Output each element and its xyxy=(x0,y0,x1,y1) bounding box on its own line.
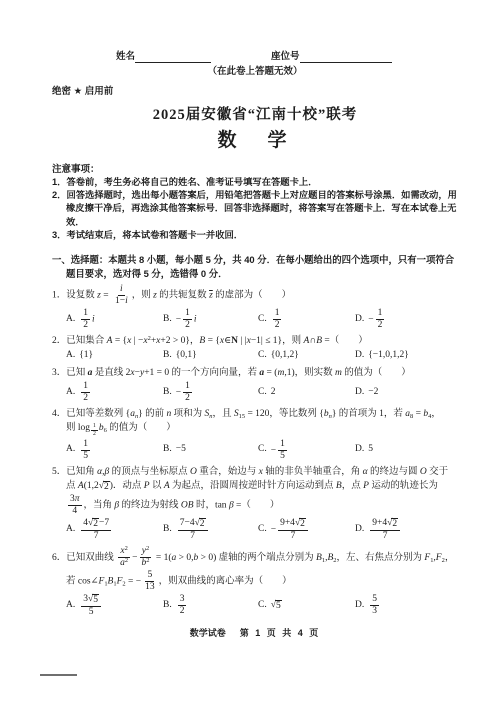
fraction: 3π4 xyxy=(68,494,82,517)
option-label: D. xyxy=(355,523,364,536)
text-segment: 1 xyxy=(275,308,280,318)
text-segment: 4．已知等差数列 { xyxy=(52,409,130,419)
superscript: 2 xyxy=(146,545,149,552)
fraction-numerator: 1 xyxy=(278,439,287,451)
text-segment: } 的首项为 1，若 xyxy=(332,409,405,419)
fraction-denominator: 3 xyxy=(370,606,379,617)
text-segment: 2 xyxy=(104,482,109,492)
radicand: 2 xyxy=(391,518,398,530)
fraction: 12 xyxy=(183,381,192,404)
math-variable: i xyxy=(125,296,128,306)
superscript: 2 xyxy=(125,557,128,564)
text-segment: 7 xyxy=(291,531,296,541)
option-value: −12i xyxy=(176,308,197,331)
option-value: 12 xyxy=(79,381,92,404)
text-segment: − xyxy=(132,553,137,563)
text-segment: 是直线 2 xyxy=(92,368,130,378)
math-variable: i xyxy=(120,284,123,294)
option-value: 4√2−77 xyxy=(79,518,113,542)
text-segment: 的终边为射线 xyxy=(119,501,181,511)
text-segment: = 120，等比数列 { xyxy=(245,409,324,419)
fraction: 513 xyxy=(143,570,157,593)
fraction: 9+4√27 xyxy=(370,518,400,542)
text-segment: 点 xyxy=(66,481,78,491)
option-value: −12 xyxy=(368,308,386,331)
fraction: 4√2−77 xyxy=(81,518,111,542)
option-item: A.15 xyxy=(66,439,163,462)
option-item: C.2 xyxy=(258,386,355,399)
text-segment: 5 xyxy=(83,451,88,461)
text-segment: 5 xyxy=(147,570,152,580)
text-segment: | | xyxy=(238,336,247,346)
option-value: −5 xyxy=(176,443,186,456)
fraction-numerator: 4√2−7 xyxy=(81,518,111,531)
fraction-numerator: 3π xyxy=(68,494,82,506)
superscript: 2 xyxy=(146,557,149,564)
text-segment: 1．设复数 xyxy=(52,291,97,301)
option-item: D.5 xyxy=(355,443,458,456)
invalid-note: （在此卷上答题无效） xyxy=(52,65,458,78)
math-variable: i xyxy=(194,315,197,325)
option-label: C. xyxy=(258,313,267,326)
text-segment: = { xyxy=(205,336,220,346)
fraction-denominator: 7 xyxy=(289,531,298,542)
fraction-denominator: 7 xyxy=(92,531,101,542)
option-value: −9+4√27 xyxy=(271,518,310,542)
text-segment: 以 xyxy=(150,481,164,491)
text-segment: 运动的轨迹长为 xyxy=(369,481,438,491)
text-segment: 1 xyxy=(185,308,190,318)
text-segment: 重合，始边与 xyxy=(197,467,259,477)
text-segment: 为起点，沿圆周按逆时针方向运动到点 xyxy=(170,481,336,491)
radicand: 2 xyxy=(299,518,306,530)
notice-list: 1．答卷前，考生务必将自己的姓名、准考证号填写在答题卡上．2．回答选择题时，选出… xyxy=(52,176,458,242)
text-segment: = xyxy=(101,291,111,301)
text-segment: 7 xyxy=(383,531,388,541)
text-segment: 的共轭复数 xyxy=(157,291,209,301)
text-segment: 2 xyxy=(392,519,397,529)
superscript: 2 xyxy=(125,545,128,552)
option-item: D.−12 xyxy=(355,308,458,331)
subscript: 12 xyxy=(90,427,99,434)
notice-block: 注意事项： 1．答卷前，考生务必将自己的姓名、准考证号填写在答题卡上．2．回答选… xyxy=(52,163,458,242)
fraction-denominator: 5 xyxy=(87,607,96,618)
fraction-denominator: 2 xyxy=(91,431,98,438)
text-segment: 1− xyxy=(115,296,125,306)
text-segment: > 0, xyxy=(176,553,193,563)
option-item: B.32 xyxy=(163,594,258,617)
text-segment: 6．已知双曲线 xyxy=(52,553,116,563)
question: 5．已知角 α,β 的顶点与坐标原点 O 重合，始边与 x 轴的非负半轴重合，角… xyxy=(52,466,458,542)
text-segment: 5 xyxy=(276,601,281,611)
fraction-denominator: 2 xyxy=(376,320,385,331)
options-row: A.15B.−5C.−15D.5 xyxy=(66,439,458,462)
option-value: 53 xyxy=(368,594,381,617)
square-root: √2 xyxy=(88,518,99,530)
fraction: 9+4√27 xyxy=(278,518,308,542)
radicand: 2 xyxy=(92,518,99,530)
option-label: B. xyxy=(163,523,172,536)
text-segment: 2 xyxy=(93,431,96,437)
fraction-numerator: 3 xyxy=(178,594,187,606)
option-label: D. xyxy=(355,599,364,612)
text-segment: {−1,0,1,2} xyxy=(368,350,409,360)
text-segment: −7 xyxy=(99,518,109,528)
option-value: 12 xyxy=(271,308,284,331)
option-label: C. xyxy=(258,523,267,536)
question-line: 3．已知 a 是直线 2x−y+1 = 0 的一个方向向量，若 a = (m,1… xyxy=(52,367,458,380)
fraction-denominator: 5 xyxy=(278,451,287,462)
section-heading: 一、选择题：本题共 8 小题，每小题 5 分，共 40 分．在每小题给出的四个选… xyxy=(52,253,458,280)
text-segment: )．动点 xyxy=(110,481,144,491)
text-segment: 2 xyxy=(300,519,305,529)
question: 3．已知 a 是直线 2x−y+1 = 0 的一个方向向量，若 a = (m,1… xyxy=(52,367,458,404)
text-segment: ,1)，则实数 xyxy=(284,368,335,378)
text-segment: 2 xyxy=(125,545,128,552)
text-segment: 5 xyxy=(89,607,94,617)
option-value: 15 xyxy=(79,439,92,462)
options-row: A.12B.−12C.2D.−2 xyxy=(66,381,458,404)
fraction-numerator: 1 xyxy=(81,308,90,320)
text-segment: 1 xyxy=(83,381,88,391)
text-segment: 2 xyxy=(275,320,280,330)
text-segment: = 1( xyxy=(153,553,171,563)
fraction-numerator: 5 xyxy=(145,570,154,582)
text-segment: | − xyxy=(131,336,143,346)
question-line: 若 cos∠F1B1F2 = −513，则双曲线的离心率为（ ） xyxy=(52,570,458,593)
radicand: 2 xyxy=(103,481,110,493)
seat-label: 座位号 xyxy=(271,50,300,63)
option-label: B. xyxy=(163,313,172,326)
option-item: C.−9+4√27 xyxy=(258,518,355,542)
fraction-denominator: 4 xyxy=(70,506,79,517)
fraction-numerator: 1 xyxy=(273,308,282,320)
option-value: 3√55 xyxy=(79,594,103,618)
text-segment: 9+4 xyxy=(372,518,387,528)
text-segment: 7 xyxy=(94,531,99,541)
text-segment: 3 xyxy=(180,594,185,604)
fraction: x2a2 xyxy=(118,546,130,569)
subject-title: 数 学 xyxy=(52,128,458,155)
fraction-denominator: 5 xyxy=(81,451,90,462)
question: 2．已知集合 A = {x | −x2+x+2 > 0}，B = {x∈N | … xyxy=(52,335,458,363)
text-segment: 5 xyxy=(372,594,377,604)
fraction: 3√55 xyxy=(81,594,101,618)
text-segment: − xyxy=(271,525,276,535)
square-root: √2 xyxy=(387,518,398,530)
square-root: √5 xyxy=(88,594,99,606)
option-value: −15 xyxy=(271,439,289,462)
text-segment: ，且 xyxy=(212,409,233,419)
fraction-denominator: 2 xyxy=(183,393,192,404)
text-segment: 则 log xyxy=(66,423,90,433)
question-line: 点 A(1,2√2)．动点 P 以 A 为起点，沿圆周按逆时针方向运动到点 B，… xyxy=(52,480,458,493)
seat-blank-line xyxy=(300,52,392,63)
text-segment: 1 xyxy=(185,381,190,391)
option-label: C. xyxy=(258,443,267,456)
fraction-numerator: 1 xyxy=(183,381,192,393)
text-segment: 的终边与圆 xyxy=(368,467,420,477)
text-segment: (1,2 xyxy=(84,481,99,491)
option-item: C.{0,1,2} xyxy=(258,349,355,362)
option-label: A. xyxy=(66,313,75,326)
section-line: 一、选择题：本题共 8 小题，每小题 5 分，共 40 分．在每小题给出的四个选… xyxy=(52,253,458,266)
questions-container: 1．设复数 z = i1−i，则 z 的共轭复数 z 的虚部为（ ）A.12iB… xyxy=(52,284,458,617)
secrecy-note: 绝密 ★ 启用前 xyxy=(52,85,458,98)
text-segment: ，左、右焦点分别为 xyxy=(336,553,424,563)
text-segment: 2．已知集合 xyxy=(52,336,107,346)
text-segment: −1| ≤ 1}，则 xyxy=(251,336,304,346)
fraction-denominator: 2 xyxy=(183,320,192,331)
option-value: 9+4√27 xyxy=(368,518,402,542)
options-row: A.{1}B.{0,1}C.{0,1,2}D.{−1,0,1,2} xyxy=(66,349,458,362)
math-variable: OB xyxy=(181,501,194,511)
option-label: A. xyxy=(66,443,75,456)
question-line: 6．已知双曲线 x2a2−y2b2 = 1(a > 0,b > 0) 虚轴的两个… xyxy=(52,546,458,569)
text-segment: 2 xyxy=(378,320,383,330)
option-item: C.−15 xyxy=(258,439,355,462)
options-row: A.4√2−77B.7−4√27C.−9+4√27D.9+4√27 xyxy=(66,518,458,542)
text-segment: 7 xyxy=(190,531,195,541)
text-segment: 2 xyxy=(180,606,185,616)
text-segment: −5 xyxy=(176,444,186,454)
question: 4．已知等差数列 {an} 的前 n 项和为 Sn，且 S15 = 120，等比… xyxy=(52,408,458,462)
fraction-denominator: b2 xyxy=(139,558,151,569)
text-segment: {0,1} xyxy=(176,350,197,360)
text-segment: 1 xyxy=(280,439,285,449)
exam-paper-page: 姓名 座位号 （在此卷上答题无效） 绝密 ★ 启用前 2025届安徽省“江南十校… xyxy=(0,0,500,708)
option-label: B. xyxy=(163,386,172,399)
text-segment: ，则 xyxy=(132,291,153,301)
option-item: D.{−1,0,1,2} xyxy=(355,349,458,362)
fraction: 32 xyxy=(178,594,187,617)
option-label: B. xyxy=(163,443,172,456)
fraction: 12 xyxy=(273,308,282,331)
fraction: 12 xyxy=(81,381,90,404)
option-value: −12 xyxy=(176,381,194,404)
question-line: 则 log12b6 的值为（ ） xyxy=(52,422,458,438)
fraction-numerator: 7−4√2 xyxy=(178,518,208,531)
text-segment: = − xyxy=(126,577,141,587)
text-segment: 5 xyxy=(280,451,285,461)
name-seat-row: 姓名 座位号 xyxy=(116,50,458,63)
fraction: 15 xyxy=(81,439,90,462)
option-item: A.12i xyxy=(66,308,163,331)
text-segment: 3．已知 xyxy=(52,368,88,378)
question-line: 2．已知集合 A = {x | −x2+x+2 > 0}，B = {x∈N | … xyxy=(52,335,458,348)
radicand: 5 xyxy=(275,600,282,612)
text-segment: 1 xyxy=(83,308,88,318)
fraction-numerator: 1 xyxy=(81,381,90,393)
fraction: 7−4√27 xyxy=(178,518,208,542)
fraction-denominator: 2 xyxy=(81,320,90,331)
fraction-numerator: 1 xyxy=(376,308,385,320)
fraction-denominator: 7 xyxy=(188,531,197,542)
text-segment: 1 xyxy=(83,439,88,449)
fraction-numerator: 9+4√2 xyxy=(278,518,308,531)
fraction-numerator: i xyxy=(118,284,125,296)
text-segment: −2 xyxy=(368,387,378,397)
option-value: √5 xyxy=(271,599,282,612)
option-value: {0,1,2} xyxy=(271,349,299,362)
text-segment: 2 xyxy=(185,393,190,403)
fraction-numerator: 1 xyxy=(91,423,98,431)
option-item: D.9+4√27 xyxy=(355,518,458,542)
option-item: B.{0,1} xyxy=(163,349,258,362)
option-item: B.−5 xyxy=(163,443,258,456)
text-segment: ，则双曲线的离心率为（ ） xyxy=(159,577,292,587)
fraction-denominator: a2 xyxy=(118,558,130,569)
option-item: D.53 xyxy=(355,594,458,617)
option-label: B. xyxy=(163,349,172,362)
option-label: D. xyxy=(355,386,364,399)
notice-item: 3．考试结束后，将本试卷和答题卡一并收回． xyxy=(52,229,458,242)
fraction-denominator: 2 xyxy=(81,393,90,404)
fraction: 12 xyxy=(376,308,385,331)
text-segment: = ( xyxy=(264,368,277,378)
option-label: A. xyxy=(66,386,75,399)
text-segment: 轴的非负半轴重合，角 xyxy=(263,467,363,477)
text-segment: 若 cos∠ xyxy=(66,577,99,587)
fraction: 53 xyxy=(370,594,379,617)
option-value: {−1,0,1,2} xyxy=(368,349,409,362)
question: 1．设复数 z = i1−i，则 z 的共轭复数 z 的虚部为（ ）A.12iB… xyxy=(52,284,458,331)
option-item: A.{1} xyxy=(66,349,163,362)
fraction-numerator: 5 xyxy=(370,594,379,606)
text-segment: 时，tan xyxy=(194,501,229,511)
text-segment: +1 = 0 的一个方向向量，若 xyxy=(144,368,259,378)
option-value: {0,1} xyxy=(176,349,197,362)
text-segment: 的虚部为（ ） xyxy=(213,291,291,301)
option-value: {1} xyxy=(79,349,93,362)
text-segment: 2 xyxy=(93,519,98,529)
text-segment: 13 xyxy=(145,582,155,592)
text-segment: 3 xyxy=(372,606,377,616)
option-label: D. xyxy=(355,349,364,362)
text-segment: 的值为（ ） xyxy=(107,423,176,433)
option-label: C. xyxy=(258,599,267,612)
text-segment: ， xyxy=(431,409,441,419)
options-row: A.3√55B.32C.√5D.53 xyxy=(66,594,458,618)
question: 6．已知双曲线 x2a2−y2b2 = 1(a > 0,b > 0) 虚轴的两个… xyxy=(52,546,458,618)
text-segment: − xyxy=(271,445,276,455)
notice-title: 注意事项： xyxy=(52,163,458,176)
radicand: 5 xyxy=(92,594,99,606)
fraction: 12 xyxy=(81,308,90,331)
square-root: √2 xyxy=(99,481,110,493)
notice-item: 1．答卷前，考生务必将自己的姓名、准考证号填写在答题卡上． xyxy=(52,176,458,189)
option-label: D. xyxy=(355,443,364,456)
text-segment: =（ ） xyxy=(234,501,280,511)
fraction-numerator: 1 xyxy=(183,308,192,320)
option-label: C. xyxy=(258,386,267,399)
text-segment: 2 xyxy=(271,387,276,397)
math-variable: O xyxy=(190,467,197,477)
fraction-numerator: 3√5 xyxy=(81,594,101,607)
text-segment: 2 xyxy=(125,557,128,564)
text-segment: 的值为（ ） xyxy=(342,368,411,378)
text-segment: 的顶点与坐标原点 xyxy=(109,467,190,477)
text-segment: 项和为 xyxy=(171,409,204,419)
question-line: 3π4，当角 β 的终边为射线 OB 时，tan β =（ ） xyxy=(52,494,458,517)
scan-artifact-line xyxy=(40,674,77,676)
text-segment: 1 xyxy=(93,423,96,429)
exam-title: 2025届安徽省“江南十校”联考 xyxy=(52,105,458,125)
square-root: √2 xyxy=(195,518,206,530)
name-blank-line xyxy=(135,52,211,63)
question-line: 1．设复数 z = i1−i，则 z 的共轭复数 z 的虚部为（ ） xyxy=(52,284,458,307)
section-line: 题目要求，选对得 5 分，选错得 0 分． xyxy=(52,267,458,280)
text-segment: 7−4 xyxy=(180,518,195,528)
text-segment: − xyxy=(176,388,181,398)
option-label: B. xyxy=(163,599,172,612)
text-segment: − xyxy=(368,315,373,325)
math-variable: m xyxy=(335,368,342,378)
option-label: C. xyxy=(258,349,267,362)
fraction-denominator: 2 xyxy=(178,606,187,617)
fraction: y2b2 xyxy=(139,546,151,569)
text-segment: 5 xyxy=(93,595,98,605)
text-segment: 2 xyxy=(83,320,88,330)
fraction-denominator: 1−i xyxy=(113,296,130,307)
option-value: −2 xyxy=(368,386,378,399)
text-segment: +2 > 0}， xyxy=(160,336,199,346)
option-label: A. xyxy=(66,349,75,362)
option-item: C.12 xyxy=(258,308,355,331)
option-value: 32 xyxy=(176,594,189,617)
option-item: B.7−4√27 xyxy=(163,518,258,542)
text-segment: 5 xyxy=(368,444,373,454)
option-label: A. xyxy=(66,523,75,536)
notice-item: 2．回答选择题时，选出每小题答案后，用铅笔把答题卡上对应题目的答案标号涂黑．如需… xyxy=(52,189,458,229)
option-item: A.3√55 xyxy=(66,594,163,618)
option-value: 2 xyxy=(271,386,276,399)
square-root: √5 xyxy=(271,600,282,612)
text-segment: 1 xyxy=(378,308,383,318)
square-root: √2 xyxy=(295,518,306,530)
text-segment: ，当角 xyxy=(84,501,115,511)
math-variable: O xyxy=(420,467,427,477)
footer-page-number: 第 1 页 共 4 页 xyxy=(240,628,321,638)
option-value: 12i xyxy=(79,308,94,331)
question-line: 4．已知等差数列 {an} 的前 n 项和为 Sn，且 S15 = 120，等比… xyxy=(52,408,458,421)
option-item: D.−2 xyxy=(355,386,458,399)
math-variable: π xyxy=(75,494,80,504)
fraction-numerator: 9+4√2 xyxy=(370,518,400,531)
fraction: 12 xyxy=(183,308,192,331)
text-segment: {1} xyxy=(79,350,93,360)
option-item: B.−12 xyxy=(163,381,258,404)
text-segment: 9+4 xyxy=(280,518,295,528)
footer-doc-label: 数学试卷 xyxy=(190,628,226,638)
text-segment: 2 xyxy=(146,545,149,552)
option-item: B.−12i xyxy=(163,308,258,331)
fraction-denominator: 13 xyxy=(143,582,157,593)
text-segment: 4 xyxy=(72,506,77,516)
option-item: A.12 xyxy=(66,381,163,404)
text-segment: 2 xyxy=(146,557,149,564)
text-segment: > 0) 虚轴的两个端点分别为 xyxy=(198,553,316,563)
text-segment: 2 xyxy=(83,393,88,403)
question-line: 5．已知角 α,β 的顶点与坐标原点 O 重合，始边与 x 轴的非负半轴重合，角… xyxy=(52,466,458,479)
text-segment: 2 xyxy=(200,519,205,529)
option-label: D. xyxy=(355,313,364,326)
options-row: A.12iB.−12iC.12D.−12 xyxy=(66,308,458,331)
math-variable: i xyxy=(92,315,95,325)
text-segment: 2 xyxy=(185,320,190,330)
option-item: C.√5 xyxy=(258,599,355,612)
name-label: 姓名 xyxy=(116,50,135,63)
